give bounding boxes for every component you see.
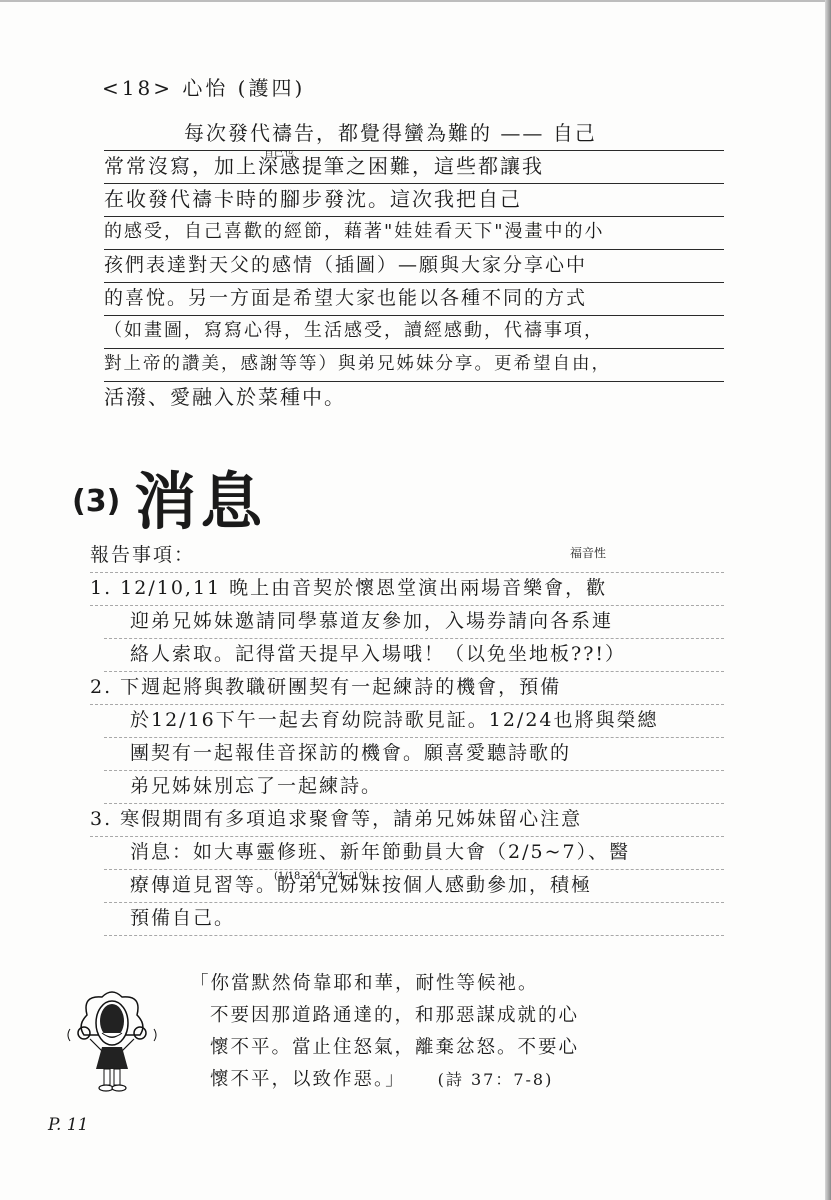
intro-line: 的感受，自己喜歡的經節，藉著"娃娃看天下"漫畫中的小 [104,217,724,250]
quote-line: 「你當默然倚靠耶和華，耐性等候祂。 [190,968,730,1000]
intro-line: 活潑、愛融入於菜種中。 [104,382,724,414]
notice-item-2-line: 於12/16下午一起去育幼院詩歌見証。12/24也將與榮總 [104,705,724,738]
notice-item-1-line: 迎弟兄姊妹邀請同學慕道友參加，入場券請向各系連 [104,606,724,639]
quote-line: 懷不平，以致作惡。」 (詩 37：7-8) [210,1064,730,1096]
section-title: 消息 [134,452,266,541]
page-edge-top [0,0,831,2]
date-annotation: (1/18~24, 2/4~10) [274,870,369,892]
notice-item-2-line: 弟兄姊妹別忘了一起練詩。 [104,771,724,804]
scripture-reference: (詩 37：7-8) [438,1070,554,1089]
section-number: (3) [72,484,120,519]
intro-line: （如畫圖，寫寫心得，生活感受，讀經感動，代禱事項， [104,316,724,349]
notice-item-2-line: 2. 下週起將與教職研團契有一起練詩的機會，預備 [90,672,724,705]
intro-line: 每次發代禱告，都覺得蠻為難的 —— 自己 [104,118,724,151]
intro-line: 的喜悅。另一方面是希望大家也能以各種不同的方式 [104,283,724,316]
notice-item-3-line: 預備自己。 [104,903,724,936]
quote-line: 不要因那道路通達的，和那惡謀成就的心 [210,1000,730,1032]
notices: 報告事項： 福音性 1. 12/10,11 晚上由音契於懷恩堂演出兩場音樂會，歡… [104,540,724,936]
notices-heading: 報告事項： 福音性 [90,540,724,573]
insert-annotation: 自己也 [264,151,294,169]
section-header: (3) 消息 [72,452,266,541]
notice-item-2-line: 團契有一起報佳音探訪的機會。願喜愛聽詩歌的 [104,738,724,771]
intro-line: 在收發代禱卡時的腳步發沈。這次我把自己 [104,184,724,217]
page-number: P. 11 [48,1115,88,1135]
entry-header: <18> 心怡 (護四) [102,72,305,101]
intro-line: 孩們表達對天父的感情（插圖）—願與大家分享心中 [104,250,724,283]
crying-child-illustration [62,985,162,1105]
scripture-quote: 「你當默然倚靠耶和華，耐性等候祂。 不要因那道路通達的，和那惡謀成就的心 懷不平… [210,968,730,1096]
insert-annotation: 福音性 [570,540,606,568]
intro-line: 對上帝的讚美，感謝等等）與弟兄姊妹分享。更希望自由， [104,349,724,382]
notice-item-1-line: 1. 12/10,11 晚上由音契於懷恩堂演出兩場音樂會，歡 [90,573,724,606]
intro-line: 常常沒寫，加上深感提筆之困難，這些都讓我 自己也 [104,151,724,184]
notice-item-3-line: 消息：如大專靈修班、新年節動員大會（2/5~7）、醫 [104,837,724,870]
intro-paragraph: 每次發代禱告，都覺得蠻為難的 —— 自己 常常沒寫，加上深感提筆之困難，這些都讓… [104,118,724,414]
notice-item-3-line: 療傳道見習等。盼弟兄姊妹按個人感動參加，積極 (1/18~24, 2/4~10) [104,870,724,903]
page-edge-right [825,0,831,1200]
notice-item-3-line: 3. 寒假期間有多項追求聚會等，請弟兄姊妹留心注意 [90,804,724,837]
notice-item-1-line: 絡人索取。記得當天提早入場哦！（以免坐地板??!） [104,639,724,672]
quote-line: 懷不平。當止住怒氣，離棄忿怒。不要心 [210,1032,730,1064]
